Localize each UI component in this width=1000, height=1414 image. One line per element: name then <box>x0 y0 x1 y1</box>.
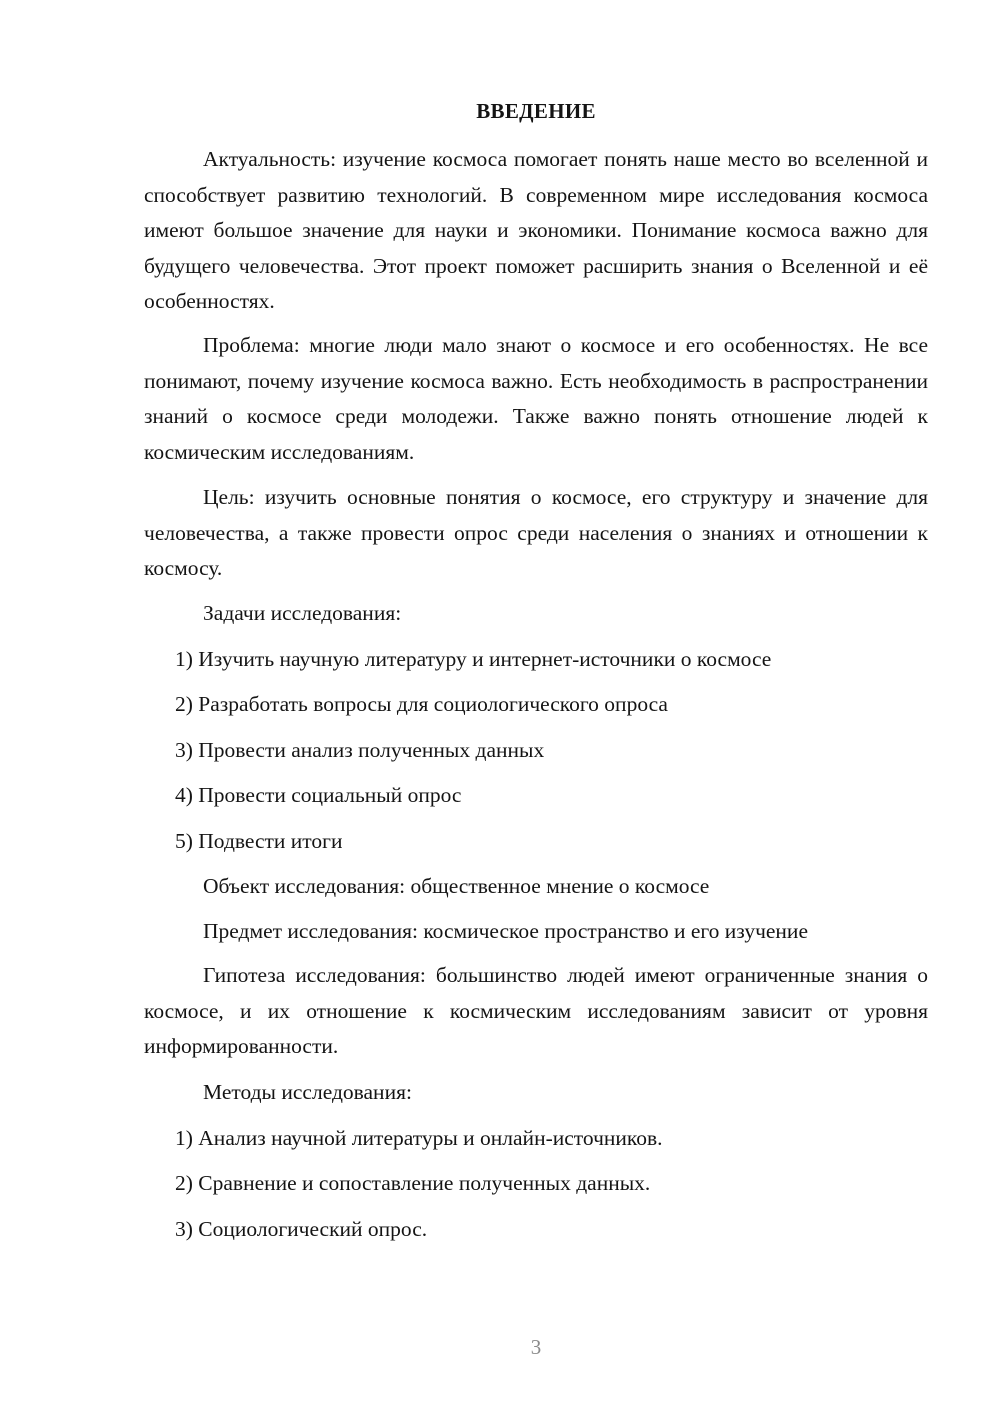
section-title: ВВЕДЕНИЕ <box>0 96 1000 126</box>
goal-text: Цель: изучить основные понятия о космосе… <box>144 485 928 580</box>
methods-heading: Методы исследования: <box>203 1077 412 1107</box>
method-item: 2) Сравнение и сопоставление полученных … <box>175 1168 650 1198</box>
document-page: ВВЕДЕНИЕ Актуальность: изучение космоса … <box>0 0 1000 1414</box>
hypothesis-text: Гипотеза исследования: большинство людей… <box>144 963 928 1058</box>
problem-text: Проблема: многие люди мало знают о космо… <box>144 333 928 464</box>
object-line: Объект исследования: общественное мнение… <box>203 871 709 901</box>
method-item: 1) Анализ научной литературы и онлайн-ис… <box>175 1123 663 1153</box>
relevance-paragraph: Актуальность: изучение космоса помогает … <box>144 142 928 320</box>
task-item: 3) Провести анализ полученных данных <box>175 735 544 765</box>
task-item: 1) Изучить научную литературу и интернет… <box>175 644 771 674</box>
task-item: 4) Провести социальный опрос <box>175 780 461 810</box>
problem-paragraph: Проблема: многие люди мало знают о космо… <box>144 328 928 470</box>
tasks-heading: Задачи исследования: <box>203 598 401 628</box>
hypothesis-paragraph: Гипотеза исследования: большинство людей… <box>144 958 928 1065</box>
page-number: 3 <box>0 1333 1000 1361</box>
task-item: 2) Разработать вопросы для социологическ… <box>175 689 668 719</box>
relevance-text: Актуальность: изучение космоса помогает … <box>144 147 928 313</box>
subject-line: Предмет исследования: космическое простр… <box>203 916 808 946</box>
method-item: 3) Социологический опрос. <box>175 1214 427 1244</box>
task-item: 5) Подвести итоги <box>175 826 343 856</box>
goal-paragraph: Цель: изучить основные понятия о космосе… <box>144 480 928 587</box>
